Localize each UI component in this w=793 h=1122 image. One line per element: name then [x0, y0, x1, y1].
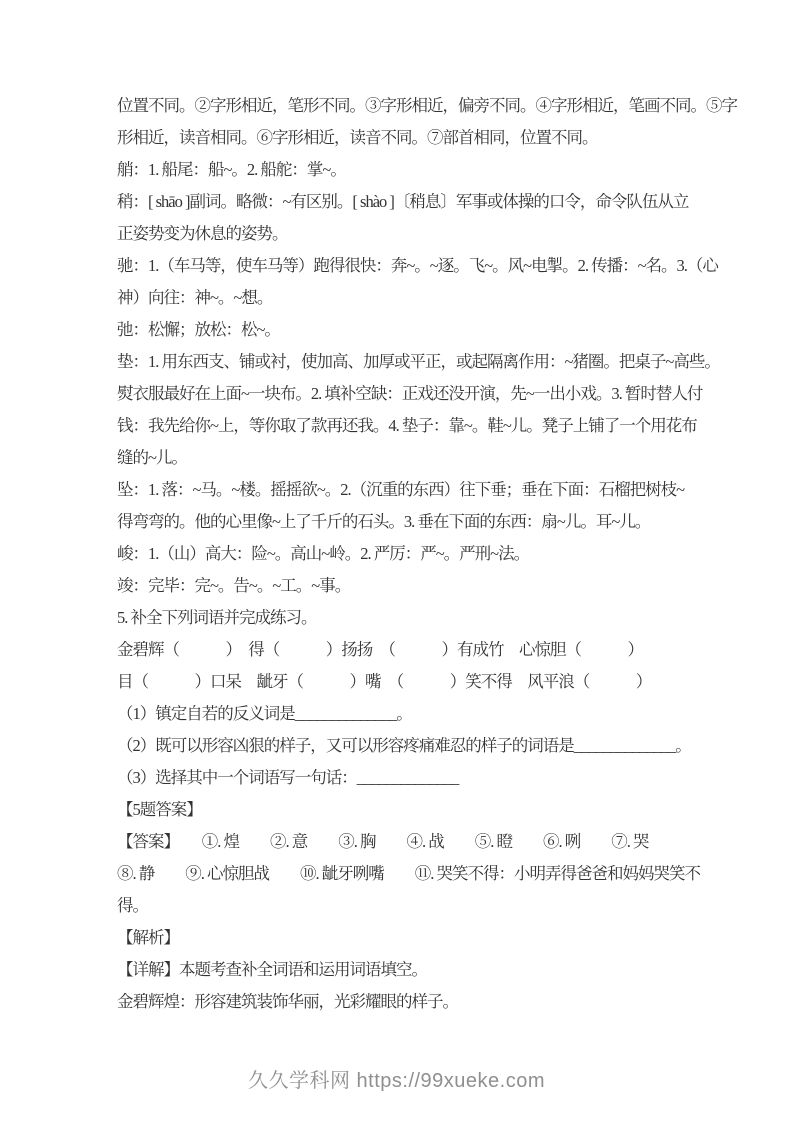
answer-line-2: ⑧. 静 ⑨. 心惊胆战 ⑩. 龇牙咧嘴 ⑪. 哭笑不得：小明弄得爸爸和妈妈哭笑…	[117, 858, 679, 890]
answer-line-1: 【答案】 ①. 煌 ②. 意 ③. 胸 ④. 战 ⑤. 瞪 ⑥. 咧 ⑦. 哭	[117, 826, 679, 858]
text-line-15: 峻：1.（山）高大：险~。高山~岭。2. 严厉：严~。严刑~法。	[117, 538, 679, 570]
text-line-4: 稍：[ shāo ]副词。略微：~有区别。[ shào ]〔稍息〕军事或体操的口…	[117, 186, 679, 218]
analysis-header: 【解析】	[117, 922, 679, 954]
text-line-8: 弛：松懈；放松：松~。	[117, 314, 679, 346]
text-line-1: 位置不同。②字形相近，笔形不同。③字形相近，偏旁不同。④字形相近，笔画不同。⑤字	[117, 90, 679, 122]
text-line-14: 得弯弯的。他的心里像~上了千斤的石头。3. 垂在下面的东西：扇~儿。耳~儿。	[117, 506, 679, 538]
fill-blank-row-1: 金碧辉（ ） 得（ ）扬扬 （ ）有成竹 心惊胆（ ）	[117, 634, 679, 666]
text-line-11: 钱：我先给你~上，等你取了款再还我。4. 垫子：靠~。鞋~儿。凳子上铺了一个用花…	[117, 410, 679, 442]
sub-question-2: （2）既可以形容凶狠的样子，又可以形容疼痛难忍的样子的词语是__________…	[117, 730, 679, 762]
text-line-6: 驰：1.（车马等，使车马等）跑得很快：奔~。~逐。飞~。风~电掣。2. 传播：~…	[117, 250, 679, 282]
document-content: 位置不同。②字形相近，笔形不同。③字形相近，偏旁不同。④字形相近，笔画不同。⑤字…	[117, 90, 679, 1018]
text-line-2: 形相近，读音相同。⑥字形相近，读音不同。⑦部首相同，位置不同。	[117, 122, 679, 154]
text-line-13: 坠：1. 落：~马。~楼。摇摇欲~。2.（沉重的东西）往下垂；垂在下面：石榴把树…	[117, 474, 679, 506]
sub-question-1: （1）镇定自若的反义词是______________。	[117, 698, 679, 730]
text-line-16: 竣：完毕：完~。告~。~工。~事。	[117, 570, 679, 602]
analysis-line-2: 金碧辉煌：形容建筑装饰华丽，光彩耀眼的样子。	[117, 986, 679, 1018]
page-footer: 久久学科网 https://99xueke.com	[0, 1064, 793, 1093]
text-line-9: 垫：1. 用东西支、铺或衬，使加高、加厚或平正，或起隔离作用：~猪圈。把桌子~高…	[117, 346, 679, 378]
text-line-3: 艄：1. 船尾：船~。2. 船舵：掌~。	[117, 154, 679, 186]
text-line-10: 熨衣服最好在上面~一块布。2. 填补空缺：正戏还没开演，先~一出小戏。3. 暂时…	[117, 378, 679, 410]
answer-line-3: 得。	[117, 890, 679, 922]
analysis-line-1: 【详解】本题考查补全词语和运用词语填空。	[117, 954, 679, 986]
sub-question-3: （3）选择其中一个词语写一句话：______________	[117, 762, 679, 794]
footer-watermark: 久久学科网 https://99xueke.com	[248, 1070, 545, 1092]
question-5-title: 5. 补全下列词语并完成练习。	[117, 602, 679, 634]
text-line-12: 缝的~儿。	[117, 442, 679, 474]
fill-blank-row-2: 目（ ）口呆 龇牙（ ）嘴 （ ）笑不得 风平浪（ ）	[117, 666, 679, 698]
text-line-5: 正姿势变为休息的姿势。	[117, 218, 679, 250]
text-line-7: 神）向往：神~。~想。	[117, 282, 679, 314]
document-page: 位置不同。②字形相近，笔形不同。③字形相近，偏旁不同。④字形相近，笔画不同。⑤字…	[0, 0, 793, 1122]
answer-section-header: 【5题答案】	[117, 794, 679, 826]
